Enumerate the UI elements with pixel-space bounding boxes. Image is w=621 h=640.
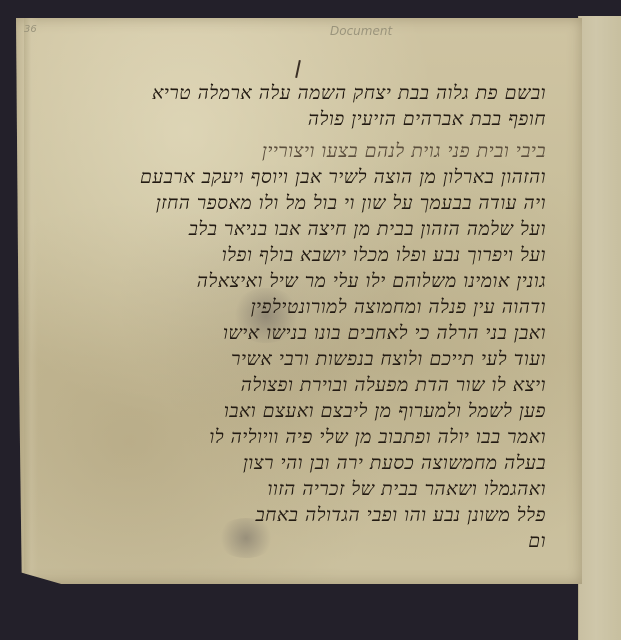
text-line: ועוד לעי תייכם ולוצח בנפשות ורבי אשיר bbox=[26, 346, 546, 372]
text-line: ביבי ובית פני גוית לנהם בצעו ויצוריין bbox=[26, 138, 546, 164]
text-line: ום bbox=[26, 528, 546, 554]
text-line: חופף בבת אברהים הזיעין פולה bbox=[26, 106, 546, 132]
text-line: ודהוה עין פנלה ומחמוצה למורונטילפין bbox=[26, 294, 546, 320]
text-line: פען לשמל ולמערוף מן ליבצם ואעצם ואבו bbox=[26, 398, 546, 424]
text-line: גונין אומינו משלוהם ילו עלי מר שיל ואיצא… bbox=[26, 268, 546, 294]
text-line: פלל משונן נבע והו ופבי הגדולה באחב bbox=[26, 502, 546, 528]
text-line: ויצא לו שור הדת מפעלה ובוירת ופצולה bbox=[26, 372, 546, 398]
folio-number: 36 bbox=[24, 24, 37, 35]
text-line: ואבן בני הרלה כי לאחבים בונו בנישו אישו bbox=[26, 320, 546, 346]
backing-paper-strip bbox=[578, 16, 621, 640]
text-line: ואהגמלו ושאהר בבית של זכריה הזוו bbox=[26, 476, 546, 502]
pencil-label: Document bbox=[330, 24, 392, 38]
text-line: והזהון בארלון מן הוצה לשיר אבן ויוסף ויע… bbox=[26, 164, 546, 190]
text-line: ויה עודה בבעמך על שון וי בול מל ולו מאספ… bbox=[26, 190, 546, 216]
text-line: ועל שלמה הזהון בבית מן חיצה אבו בניאר בל… bbox=[26, 216, 546, 242]
text-line: בעלה מחמשוצה כסעת ירה ובן והי רצון bbox=[26, 450, 546, 476]
text-line: ואמר בבו יולה ופתבוב מן שלי פיה וויוליה … bbox=[26, 424, 546, 450]
text-line: ועל ויפרוך נבע ופלו מכלו יושבא בולף ופלו bbox=[26, 242, 546, 268]
text-line: ובשם פת גלוה בבת יצחק השמה עלה ארמלה טרי… bbox=[26, 80, 546, 106]
manuscript-text: ובשם פת גלוה בבת יצחק השמה עלה ארמלה טרי… bbox=[26, 80, 546, 554]
